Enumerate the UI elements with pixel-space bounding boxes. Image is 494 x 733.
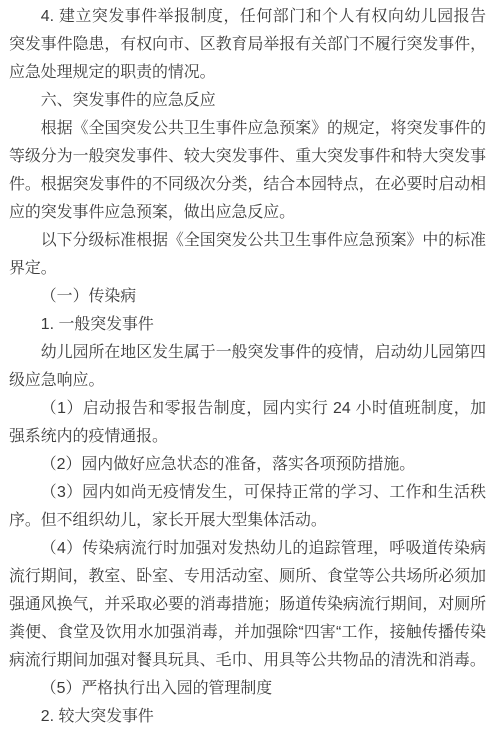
list-item-3-normal-order: （3）园内如尚无疫情发生，可保持正常的学习、工作和生活秩序。但不组织幼儿，家长开…: [9, 479, 486, 535]
paragraph-grading-standard: 以下分级标准根据《全国突发公共卫生事件应急预案》中的标准界定。: [9, 227, 486, 283]
sub-heading-major-incident: 2. 较大突发事件: [9, 703, 486, 731]
sub-heading-infectious-disease: （一）传染病: [9, 283, 486, 311]
list-item-4-disinfection: （4）传染病流行时加强对发热幼儿的追踪管理，呼吸道传染病流行期间，教室、卧室、专…: [9, 535, 486, 675]
list-item-2-preparation: （2）园内做好应急状态的准备，落实各项预防措施。: [9, 451, 486, 479]
sub-heading-general-incident: 1. 一般突发事件: [9, 311, 486, 339]
list-item-5-entry-management: （5）严格执行出入园的管理制度: [9, 675, 486, 703]
paragraph-level4-response: 幼儿园所在地区发生属于一般突发事件的疫情，启动幼儿园第四级应急响应。: [9, 339, 486, 395]
document-page: 4. 建立突发事件举报制度，任何部门和个人有权向幼儿园报告突发事件隐患，有权向市…: [0, 0, 494, 733]
list-item-1-reporting: （1）启动报告和零报告制度，园内实行 24 小时值班制度，加强系统内的疫情通报。: [9, 395, 486, 451]
section-heading-emergency-response: 六、突发事件的应急反应: [9, 87, 486, 115]
paragraph-report-system: 4. 建立突发事件举报制度，任何部门和个人有权向幼儿园报告突发事件隐患，有权向市…: [9, 3, 486, 87]
paragraph-grading-basis: 根据《全国突发公共卫生事件应急预案》的规定，将突发事件的等级分为一般突发事件、较…: [9, 115, 486, 227]
